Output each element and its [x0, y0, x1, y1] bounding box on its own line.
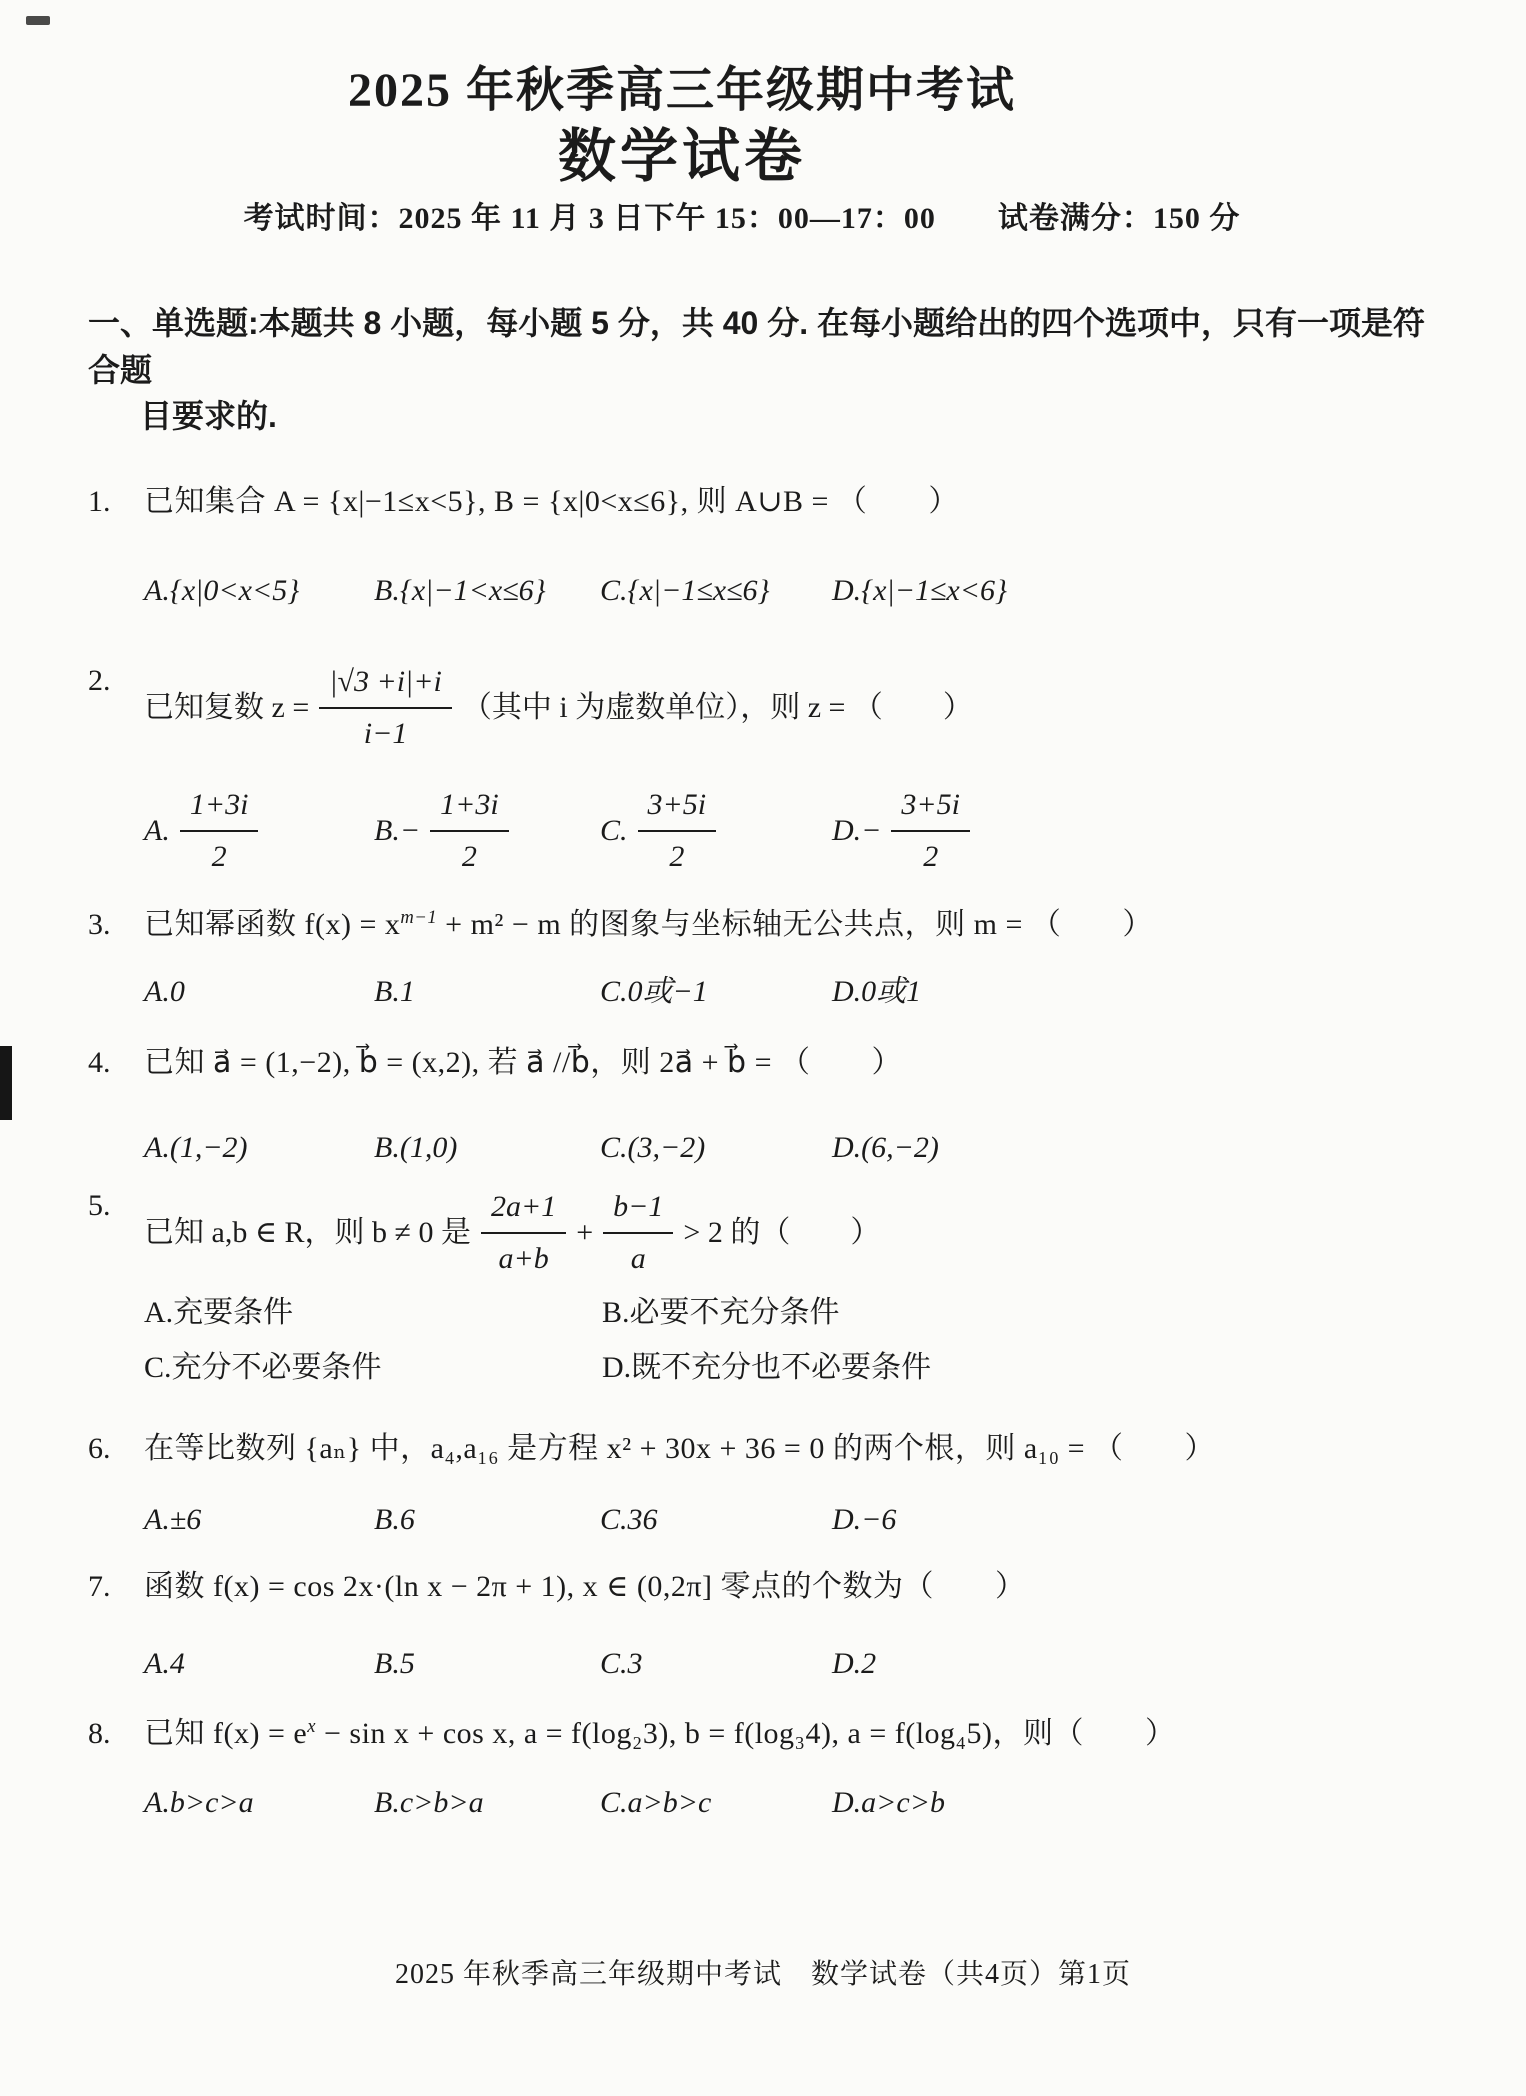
question-7-options: A.4 B.5 C.3 D.2	[144, 1644, 1456, 1685]
question-4-options: A.(1,−2) B.(1,0) C.(3,−2) D.(6,−2)	[144, 1128, 1456, 1169]
question-8-option-d: D.a>c>b	[832, 1783, 1456, 1824]
question-7-option-d: D.2	[832, 1644, 1456, 1685]
question-1: 1. 已知集合 A = {x|−1≤x<5}, B = {x|0<x≤6}, 则…	[88, 481, 1456, 612]
question-3-options: A.0 B.1 C.0或−1 D.0或1	[144, 972, 1456, 1013]
question-7-option-c: C.3	[600, 1644, 832, 1685]
option-label: B.−	[374, 811, 420, 852]
question-3-option-d: D.0或1	[832, 972, 1456, 1013]
question-1-option-b: B.{x|−1<x≤6}	[374, 571, 600, 612]
question-3-option-c: C.0或−1	[600, 972, 832, 1013]
question-7: 7. 函数 f(x) = cos 2x·(ln x − 2π + 1), x ∈…	[88, 1566, 1456, 1685]
question-8: 8. 已知 f(x) = ex − sin x + cos x, a = f(l…	[88, 1713, 1456, 1824]
section-header-line2: 目要求的.	[88, 393, 1456, 439]
question-7-option-b: B.5	[374, 1644, 600, 1685]
question-3-number: 3.	[88, 904, 144, 946]
question-2-number: 2.	[88, 660, 144, 702]
fraction-denominator: a+b	[481, 1234, 566, 1282]
question-5-number: 5.	[88, 1185, 144, 1227]
page-footer: 2025 年秋季高三年级期中考试 数学试卷（共4页）第1页	[0, 1952, 1526, 1992]
question-5-options: A.充要条件 B.必要不充分条件 C.充分不必要条件 D.既不充分也不必要条件	[144, 1290, 1456, 1390]
question-8-stem: 已知 f(x) = ex − sin x + cos x, a = f(log₂…	[144, 1713, 1456, 1755]
question-2-stem: 已知复数 z = |√3 +i|+i i−1 （其中 i 为虚数单位），则 z …	[144, 660, 1456, 757]
question-7-number: 7.	[88, 1566, 144, 1608]
question-8-number: 8.	[88, 1713, 144, 1755]
fraction-denominator: 2	[891, 832, 970, 880]
question-5-plus-sign: +	[576, 1213, 593, 1254]
question-2-option-c: C.3+5i2	[600, 783, 832, 880]
exam-header: 2025 年秋季高三年级期中考试 数学试卷 考试时间：2025 年 11 月 3…	[88, 62, 1456, 238]
section-header-line1: 一、单选题:本题共 8 小题，每小题 5 分，共 40 分. 在每小题给出的四个…	[88, 300, 1456, 393]
question-6: 6. 在等比数列 {aₙ} 中，a₄,a₁₆ 是方程 x² + 30x + 36…	[88, 1428, 1456, 1541]
fraction: 2a+1 a+b	[481, 1185, 566, 1282]
question-2: 2. 已知复数 z = |√3 +i|+i i−1 （其中 i 为虚数单位），则…	[88, 660, 1456, 880]
fraction: 1+3i2	[180, 783, 259, 880]
exam-paper-page: 2025 年秋季高三年级期中考试 数学试卷 考试时间：2025 年 11 月 3…	[0, 0, 1526, 2096]
fraction: |√3 +i|+i i−1	[319, 660, 452, 757]
question-2-stem-pre: 已知复数 z =	[144, 688, 309, 729]
fraction-denominator: 2	[638, 832, 717, 880]
question-4-option-a: A.(1,−2)	[144, 1128, 374, 1169]
question-7-stem: 函数 f(x) = cos 2x·(ln x − 2π + 1), x ∈ (0…	[144, 1566, 1456, 1608]
question-4-body: 已知 a⃗ = (1,−2), b⃗ = (x,2), 若 a⃗ //b⃗，则 …	[144, 1042, 1456, 1169]
question-8-body: 已知 f(x) = ex − sin x + cos x, a = f(log₂…	[144, 1713, 1456, 1824]
question-5-body: 已知 a,b ∈ R，则 b ≠ 0 是 2a+1 a+b + b−1 a > …	[144, 1185, 1456, 1390]
fraction-numerator: 1+3i	[180, 783, 259, 833]
fraction-denominator: 2	[180, 832, 259, 880]
fraction: 1+3i2	[430, 783, 509, 880]
question-4: 4. 已知 a⃗ = (1,−2), b⃗ = (x,2), 若 a⃗ //b⃗…	[88, 1042, 1456, 1169]
exam-info-line: 考试时间：2025 年 11 月 3 日下午 15：00—17：00 试卷满分：…	[88, 199, 1456, 238]
question-2-options: A.1+3i2 B.−1+3i2 C.3+5i2 D.−3+5i2	[144, 783, 1456, 880]
question-1-options: A.{x|0<x<5} B.{x|−1<x≤6} C.{x|−1≤x≤6} D.…	[144, 571, 1456, 612]
question-4-stem: 已知 a⃗ = (1,−2), b⃗ = (x,2), 若 a⃗ //b⃗，则 …	[144, 1042, 1456, 1084]
question-8-option-c: C.a>b>c	[600, 1783, 832, 1824]
question-1-body: 已知集合 A = {x|−1≤x<5}, B = {x|0<x≤6}, 则 A∪…	[144, 481, 1456, 612]
question-8-exponent: x	[307, 1716, 316, 1737]
fraction-denominator: 2	[430, 832, 509, 880]
question-3-option-b: B.1	[374, 972, 600, 1013]
question-8-stem-part1: 已知 f(x) = e	[144, 1717, 307, 1750]
question-7-body: 函数 f(x) = cos 2x·(ln x − 2π + 1), x ∈ (0…	[144, 1566, 1456, 1685]
question-2-option-b: B.−1+3i2	[374, 783, 600, 880]
question-2-option-d: D.−3+5i2	[832, 783, 1456, 880]
question-6-stem: 在等比数列 {aₙ} 中，a₄,a₁₆ 是方程 x² + 30x + 36 = …	[144, 1428, 1456, 1470]
question-4-number: 4.	[88, 1042, 144, 1084]
fraction-numerator: 1+3i	[430, 783, 509, 833]
question-1-option-a: A.{x|0<x<5}	[144, 571, 374, 612]
question-3-option-a: A.0	[144, 972, 374, 1013]
question-1-stem: 已知集合 A = {x|−1≤x<5}, B = {x|0<x≤6}, 则 A∪…	[144, 481, 1456, 523]
question-6-options: A.±6 B.6 C.36 D.−6	[144, 1500, 1456, 1541]
fraction-numerator: 2a+1	[481, 1185, 566, 1235]
fraction-numerator: |√3 +i|+i	[319, 660, 452, 710]
question-3-stem-part1: 已知幂函数 f(x) = x	[144, 908, 400, 941]
question-3: 3. 已知幂函数 f(x) = xm−1 + m² − m 的图象与坐标轴无公共…	[88, 904, 1456, 1013]
fraction-denominator: i−1	[319, 709, 452, 757]
question-4-option-c: C.(3,−2)	[600, 1128, 832, 1169]
question-6-option-b: B.6	[374, 1500, 600, 1541]
question-5-option-b: B.必要不充分条件	[602, 1290, 1456, 1335]
question-5-stem-post: > 2 的（ ）	[683, 1213, 880, 1254]
fraction: 3+5i2	[638, 783, 717, 880]
question-1-option-d: D.{x|−1≤x<6}	[832, 571, 1456, 612]
fraction: 3+5i2	[891, 783, 970, 880]
question-6-option-d: D.−6	[832, 1500, 1456, 1541]
question-3-body: 已知幂函数 f(x) = xm−1 + m² − m 的图象与坐标轴无公共点，则…	[144, 904, 1456, 1013]
question-2-option-a: A.1+3i2	[144, 783, 374, 880]
question-5-stem-pre: 已知 a,b ∈ R，则 b ≠ 0 是	[144, 1213, 471, 1254]
fraction: b−1 a	[603, 1185, 673, 1282]
question-5-stem: 已知 a,b ∈ R，则 b ≠ 0 是 2a+1 a+b + b−1 a > …	[144, 1185, 1456, 1282]
question-6-number: 6.	[88, 1428, 144, 1470]
question-7-option-a: A.4	[144, 1644, 374, 1685]
question-5-option-c: C.充分不必要条件	[144, 1345, 602, 1390]
question-6-body: 在等比数列 {aₙ} 中，a₄,a₁₆ 是方程 x² + 30x + 36 = …	[144, 1428, 1456, 1541]
question-3-exponent: m−1	[400, 907, 437, 928]
section-one-header: 一、单选题:本题共 8 小题，每小题 5 分，共 40 分. 在每小题给出的四个…	[88, 300, 1456, 439]
question-4-option-b: B.(1,0)	[374, 1128, 600, 1169]
fraction-numerator: b−1	[603, 1185, 673, 1235]
question-5: 5. 已知 a,b ∈ R，则 b ≠ 0 是 2a+1 a+b + b−1 a…	[88, 1185, 1456, 1390]
question-5-option-d: D.既不充分也不必要条件	[602, 1345, 1456, 1390]
question-6-option-c: C.36	[600, 1500, 832, 1541]
question-8-stem-part2: − sin x + cos x, a = f(log₂3), b = f(log…	[316, 1717, 1176, 1750]
paper-title: 数学试卷	[88, 122, 1456, 192]
fraction-denominator: a	[603, 1234, 673, 1282]
scan-artifact-mark	[26, 16, 50, 25]
question-6-option-a: A.±6	[144, 1500, 374, 1541]
scan-artifact-edge-strip	[0, 1046, 12, 1120]
question-3-stem-part2: + m² − m 的图象与坐标轴无公共点，则 m = （ ）	[437, 908, 1153, 941]
question-8-option-a: A.b>c>a	[144, 1783, 374, 1824]
exam-title: 2025 年秋季高三年级期中考试	[88, 62, 1456, 120]
question-1-number: 1.	[88, 481, 144, 523]
option-label: A.	[144, 811, 170, 852]
fraction-numerator: 3+5i	[638, 783, 717, 833]
option-label: C.	[600, 811, 628, 852]
question-4-option-d: D.(6,−2)	[832, 1128, 1456, 1169]
question-1-option-c: C.{x|−1≤x≤6}	[600, 571, 832, 612]
question-2-body: 已知复数 z = |√3 +i|+i i−1 （其中 i 为虚数单位），则 z …	[144, 660, 1456, 880]
question-5-option-a: A.充要条件	[144, 1290, 602, 1335]
question-8-options: A.b>c>a B.c>b>a C.a>b>c D.a>c>b	[144, 1783, 1456, 1824]
question-3-stem: 已知幂函数 f(x) = xm−1 + m² − m 的图象与坐标轴无公共点，则…	[144, 904, 1456, 946]
option-label: D.−	[832, 811, 881, 852]
question-2-stem-post: （其中 i 为虚数单位），则 z = （ ）	[462, 688, 973, 729]
question-8-option-b: B.c>b>a	[374, 1783, 600, 1824]
fraction-numerator: 3+5i	[891, 783, 970, 833]
